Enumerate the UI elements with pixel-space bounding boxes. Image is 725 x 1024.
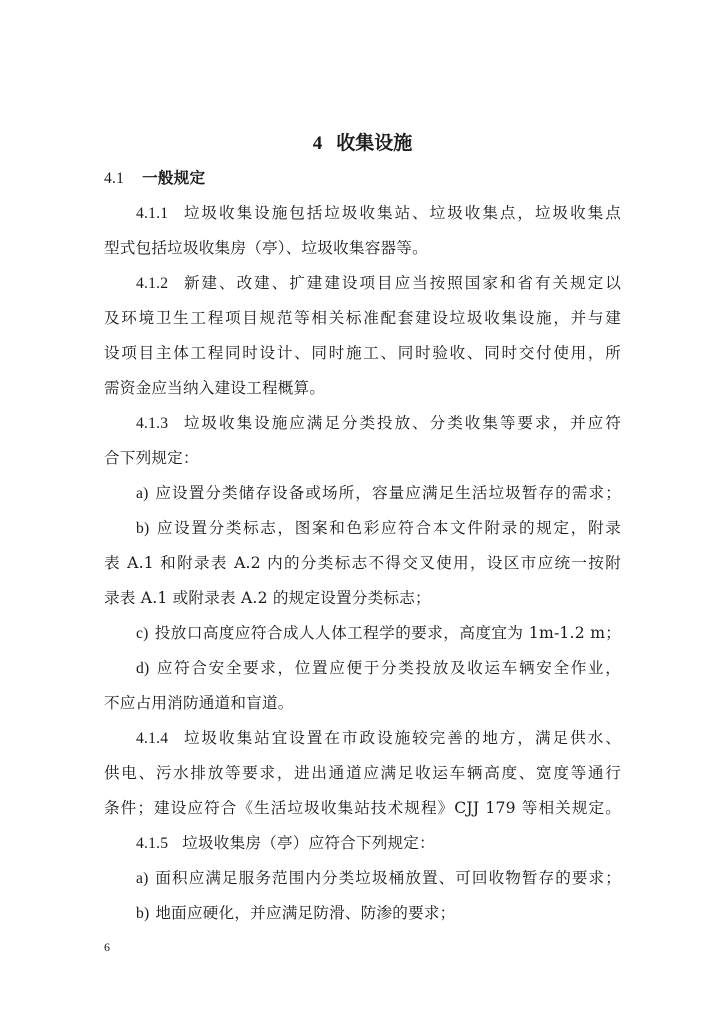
text-line: 录表 A.1 或附录表 A.2 的规定设置分类标志； [104, 587, 621, 609]
clause-text: 垃圾收集设施包括垃圾收集站、垃圾收集点，垃圾收集点 [182, 204, 621, 222]
chapter-number: 4 [313, 133, 323, 154]
clause-text: 垃圾收集设施应满足分类投放、分类收集等要求，并应符 [182, 414, 621, 432]
list-item: b)地面应硬化，并应满足防滑、防渗的要求； [136, 902, 621, 925]
text-line: 供电、污水排放等要求，进出通道应满足收运车辆高度、宽度等通行 [104, 762, 621, 784]
section-title: 一般规定 [142, 169, 205, 187]
clause-line: 4.1.4垃圾收集站宜设置在市政设施较完善的地方，满足供水、 [136, 727, 621, 750]
list-item: a)应设置分类储存设备或场所，容量应满足生活垃圾暂存的需求； [136, 482, 621, 505]
text-line: 设项目主体工程同时设计、同时施工、同时验收、同时交付使用，所 [104, 342, 621, 364]
item-text: 应设置分类储存设备或场所，容量应满足生活垃圾暂存的需求； [155, 484, 621, 502]
chapter-title: 4收集设施 [0, 128, 725, 155]
section-number: 4.1 [104, 170, 124, 187]
clause-line: 4.1.2新建、改建、扩建建设项目应当按照国家和省有关规定以 [136, 272, 621, 295]
clause-text: 垃圾收集站宜设置在市政设施较完善的地方，满足供水、 [182, 729, 621, 747]
text-line: 及环境卫生工程项目规范等相关标准配套建设垃圾收集设施，并与建 [104, 307, 621, 329]
clause-number: 4.1.1 [136, 205, 168, 222]
item-marker: a) [136, 870, 149, 887]
clause-line: 4.1.1垃圾收集设施包括垃圾收集站、垃圾收集点，垃圾收集点 [136, 202, 621, 225]
list-item: b)应设置分类标志，图案和色彩应符合本文件附录的规定，附录 [136, 517, 621, 540]
chapter-title-text: 收集设施 [336, 132, 412, 154]
item-text: 投放口高度应符合成人人体工程学的要求，高度宜为 1m-1.2 m； [155, 624, 621, 642]
clause-line: 4.1.3垃圾收集设施应满足分类投放、分类收集等要求，并应符 [136, 412, 621, 435]
item-text: 面积应满足服务范围内分类垃圾桶放置、可回收物暂存的要求； [155, 869, 621, 887]
text-line: 条件；建设应符合《生活垃圾收集站技术规程》CJJ 179 等相关规定。 [104, 797, 621, 819]
text-line: 需资金应当纳入建设工程概算。 [104, 377, 621, 399]
clause-text: 新建、改建、扩建建设项目应当按照国家和省有关规定以 [182, 274, 621, 292]
list-item: a)面积应满足服务范围内分类垃圾桶放置、可回收物暂存的要求； [136, 867, 621, 890]
clause-number: 4.1.5 [136, 835, 168, 852]
section-heading: 4.1一般规定 [104, 167, 621, 190]
list-item: c)投放口高度应符合成人人体工程学的要求，高度宜为 1m-1.2 m； [136, 622, 621, 645]
item-text: 地面应硬化，并应满足防滑、防渗的要求； [155, 904, 455, 922]
document-page: 4收集设施 4.1一般规定 4.1.1垃圾收集设施包括垃圾收集站、垃圾收集点，垃… [0, 0, 725, 1024]
item-marker: b) [136, 520, 149, 537]
item-marker: c) [136, 625, 149, 642]
item-text: 应符合安全要求，位置应便于分类投放及收运车辆安全作业， [155, 659, 621, 677]
clause-number: 4.1.3 [136, 415, 168, 432]
text-line: 表 A.1 和附录表 A.2 内的分类标志不得交叉使用，设区市应统一按附 [104, 552, 621, 574]
clause-text: 垃圾收集房（亭）应符合下列规定： [182, 834, 435, 852]
page-number: 6 [104, 940, 110, 955]
item-marker: d) [136, 660, 149, 677]
item-text: 应设置分类标志，图案和色彩应符合本文件附录的规定，附录 [155, 519, 621, 537]
item-marker: a) [136, 485, 149, 502]
item-marker: b) [136, 905, 149, 922]
clause-number: 4.1.2 [136, 275, 168, 292]
text-line: 合下列规定： [104, 447, 621, 469]
clause-line: 4.1.5垃圾收集房（亭）应符合下列规定： [136, 832, 621, 855]
list-item: d)应符合安全要求，位置应便于分类投放及收运车辆安全作业， [136, 657, 621, 680]
text-line: 不应占用消防通道和盲道。 [104, 692, 621, 714]
text-line: 型式包括垃圾收集房（亭）、垃圾收集容器等。 [104, 237, 621, 259]
clause-number: 4.1.4 [136, 730, 168, 747]
